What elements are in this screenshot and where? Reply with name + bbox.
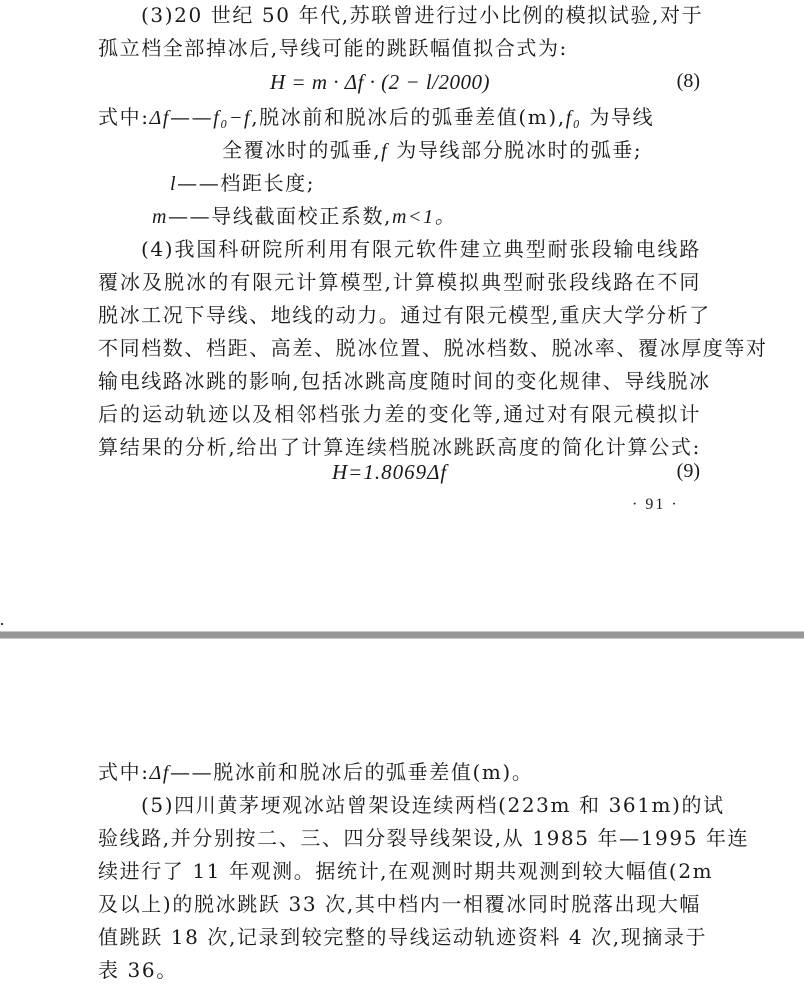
f0-definition-end: 全覆冰时的弧垂,: [222, 138, 381, 162]
formula-8: H = m · Δf · (2 − l/2000): [270, 70, 490, 94]
para5-line5: 值跳跃 18 次,记录到较完整的导线运动轨迹资料 4 次,现摘录于: [98, 925, 701, 949]
para4-line6: 后的运动轨迹以及相邻档张力差的变化等,通过对有限元模拟计: [98, 402, 701, 426]
where-9: 式中:Δf——脱冰前和脱冰后的弧垂差值(m)。: [98, 760, 533, 785]
m-symbol: m: [152, 206, 168, 228]
para4-line7: 算结果的分析,给出了计算连续档脱冰跳跃高度的简化计算公式:: [98, 435, 701, 459]
m-definition: ——导线截面校正系数,: [168, 204, 392, 228]
stray-dot: [1, 623, 3, 625]
para4-line4: 不同档数、档距、高差、脱冰位置、脱冰档数、脱冰率、覆冰厚度等对: [98, 336, 701, 360]
delta-f-symbol: Δf: [150, 107, 171, 129]
delta-f-definition: ,脱冰前和脱冰后的弧垂差值(m),: [251, 105, 566, 129]
where-8-line2: 全覆冰时的弧垂,f 为导线部分脱冰时的弧垂;: [222, 138, 642, 163]
page-number: · 91 ·: [632, 496, 679, 514]
page-separator: [0, 631, 804, 639]
formula-9: H=1.8069Δf: [332, 460, 447, 484]
para3-line1: (3)20 世纪 50 年代,苏联曾进行过小比例的模拟试验,对于: [141, 3, 701, 27]
para4-line5: 输电线路冰跳的影响,包括冰跳高度随时间的变化规律、导线脱冰: [98, 369, 701, 393]
f-definition: 为导线部分脱冰时的弧垂;: [388, 138, 642, 162]
l-definition: ——档距长度;: [177, 171, 315, 195]
f0-definition-start: 为导线: [581, 105, 654, 129]
delta-f-symbol: Δf: [150, 762, 171, 784]
em-dash: ——: [170, 105, 213, 129]
delta-f-definition-expr: f₀−f: [213, 107, 251, 129]
f0-symbol: f₀: [566, 107, 582, 129]
para5-line1: (5)四川黄茅埂观冰站曾架设连续两档(223m 和 361m)的试: [141, 793, 701, 817]
where-8-line1: 式中:Δf——f₀−f,脱冰前和脱冰后的弧垂差值(m),f₀ 为导线: [98, 105, 654, 130]
where-8-l: l——档距长度;: [170, 171, 315, 196]
para5-line2: 验线路,并分别按二、三、四分裂导线架设,从 1985 年—1995 年连: [98, 826, 701, 850]
where-prefix: 式中:: [98, 105, 150, 129]
para4-line3: 脱冰工况下导线、地线的动力。通过有限元模型,重庆大学分析了: [98, 303, 701, 327]
m-condition: m<1。: [392, 206, 456, 228]
where-8-m: m——导线截面校正系数,m<1。: [152, 204, 456, 229]
para5-line3: 续进行了 11 年观测。据统计,在观测时期共观测到较大幅值(2m: [98, 859, 701, 883]
para5-line4: 及以上)的脱冰跳跃 33 次,其中档内一相覆冰同时脱落出现大幅: [98, 892, 701, 916]
where-prefix: 式中:: [98, 760, 150, 784]
equation-number-8: (8): [677, 70, 700, 93]
equation-number-9: (9): [677, 460, 700, 483]
para4-line2: 覆冰及脱冰的有限元计算模型,计算模拟典型耐张段线路在不同: [98, 270, 701, 294]
para3-line2: 孤立档全部掉冰后,导线可能的跳跃幅值拟合式为:: [98, 36, 568, 60]
delta-f-definition: ——脱冰前和脱冰后的弧垂差值(m)。: [170, 760, 533, 784]
para5-line6: 表 36。: [98, 958, 178, 982]
para4-line1: (4)我国科研院所利用有限元软件建立典型耐张段输电线路: [141, 237, 701, 261]
